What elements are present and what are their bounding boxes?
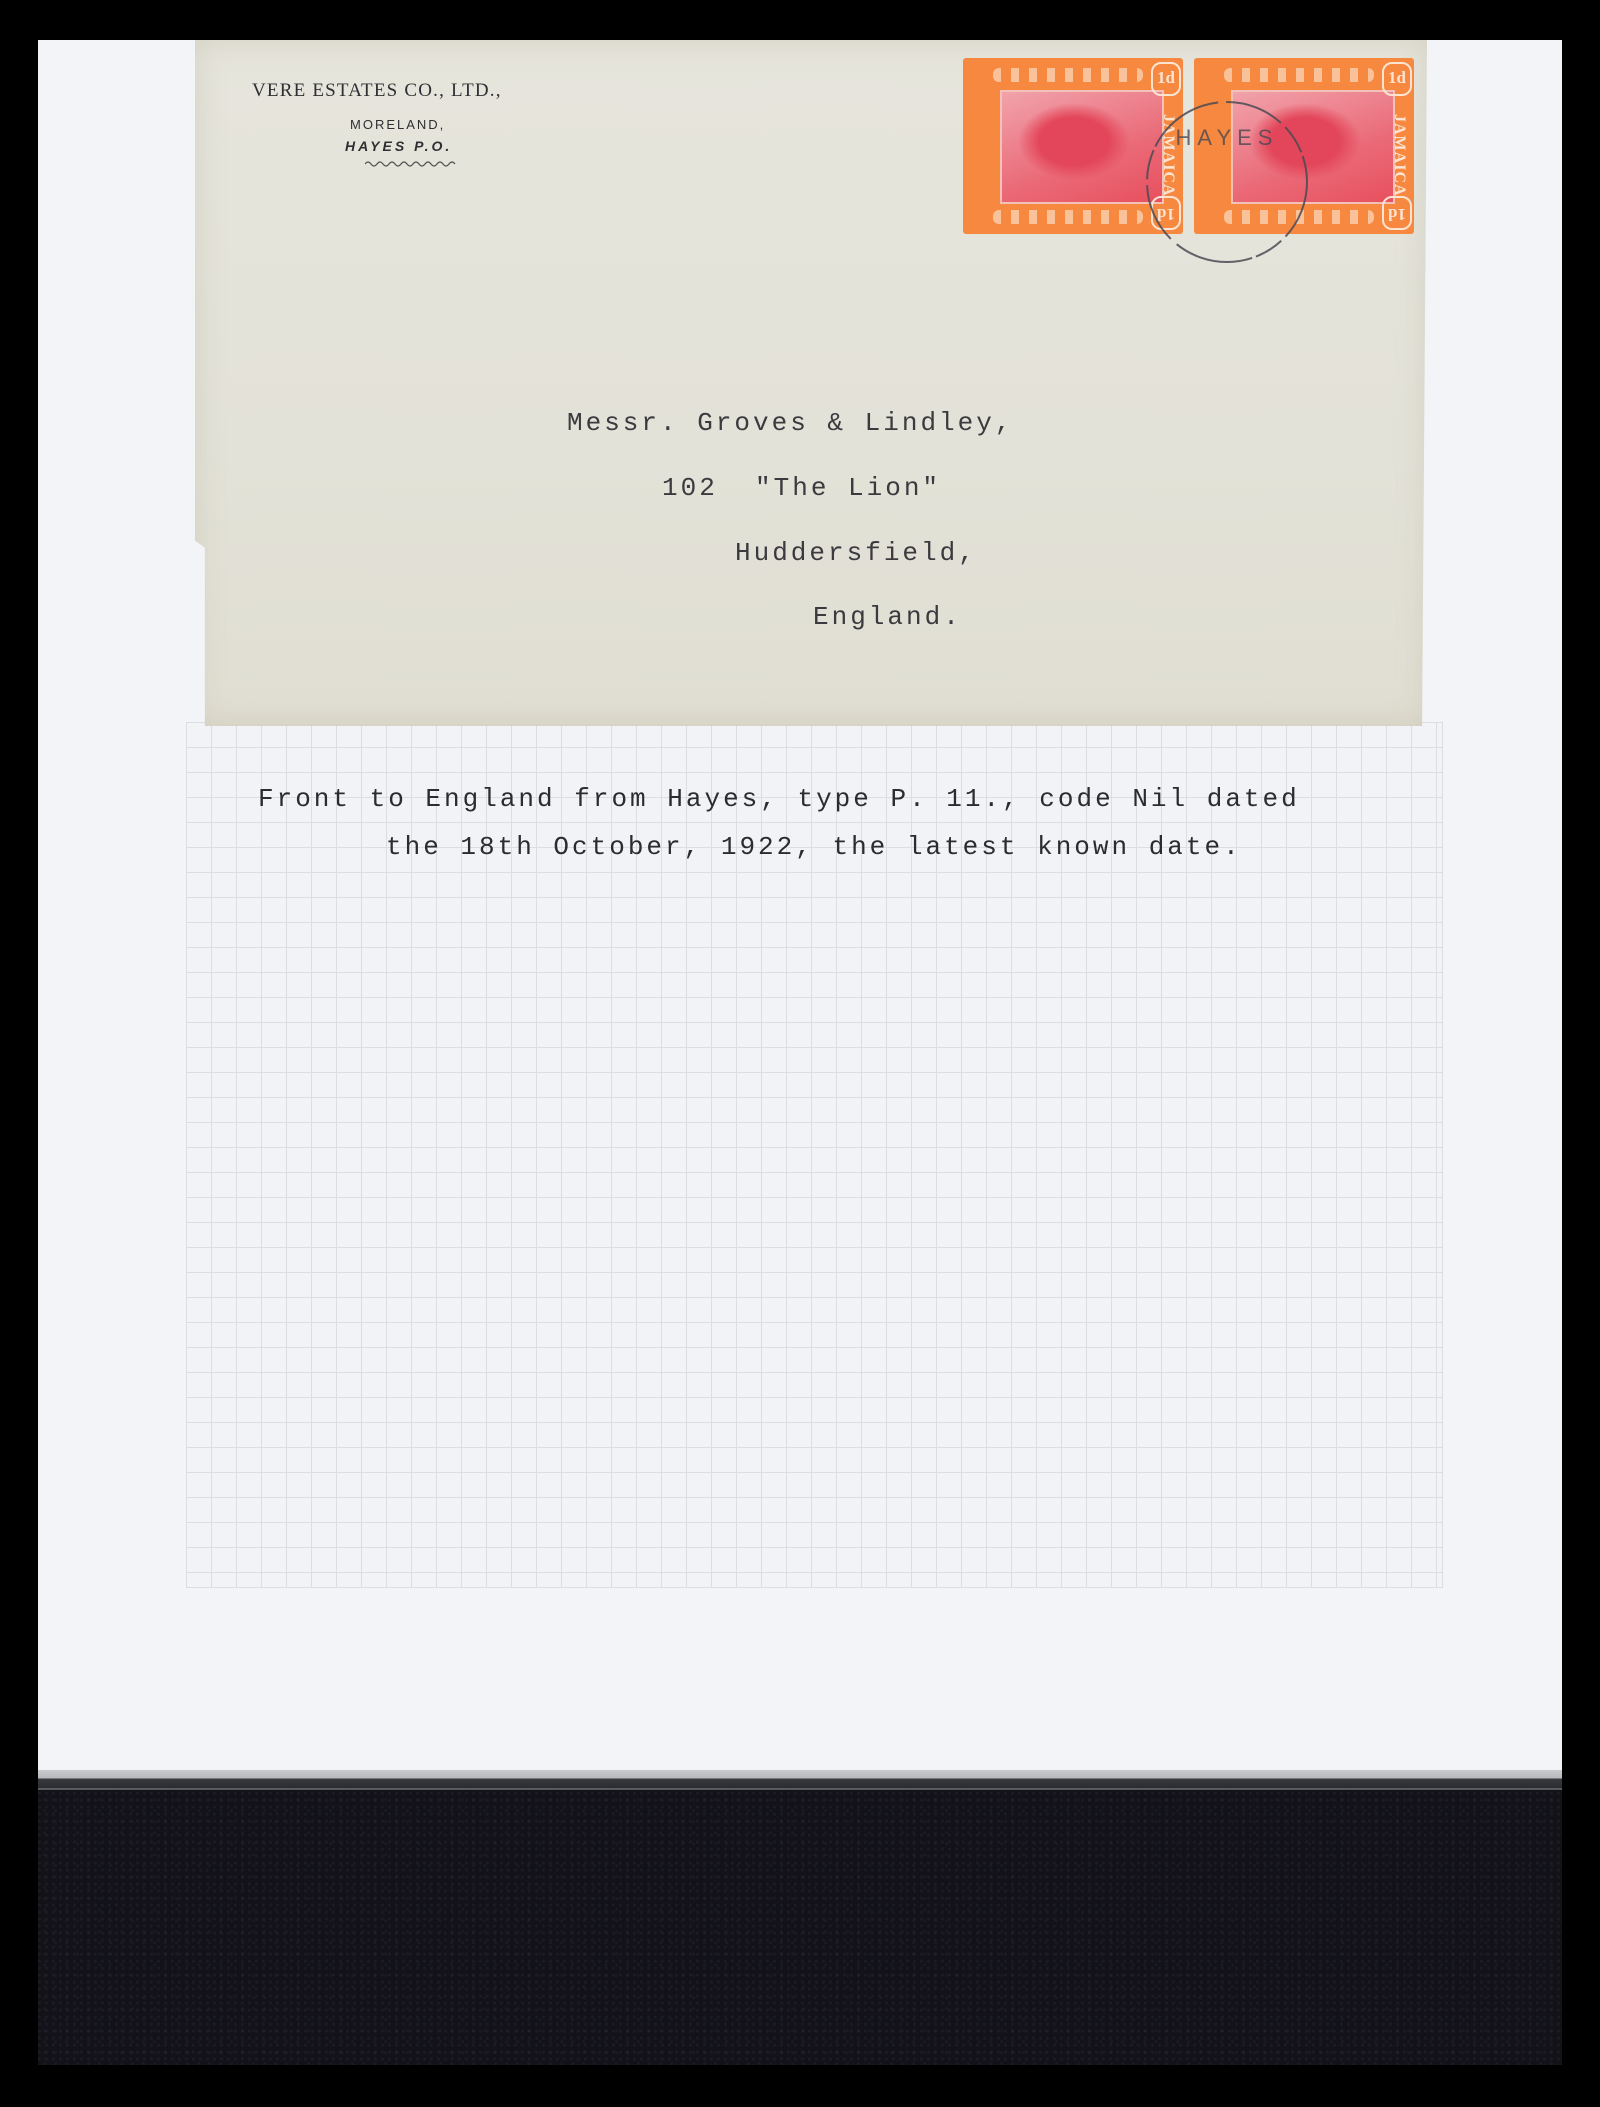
sender-locality: MORELAND, — [350, 117, 445, 132]
stamp-value: 1d — [1382, 196, 1412, 230]
address-line-3: Huddersfield, — [735, 538, 977, 568]
caption-line-1: Front to England from Hayes, type P. 11.… — [258, 784, 1300, 814]
postmark-cancellation: HAYES — [1140, 95, 1315, 270]
caption-line-2: the 18th October, 1922, the latest known… — [386, 832, 1242, 862]
page-bottom-edge — [38, 1770, 1562, 1790]
postmark-town: HAYES — [1176, 125, 1279, 150]
address-line-4: England. — [813, 602, 962, 632]
address-line-2: 102 "The Lion" — [662, 473, 941, 503]
address-line-1: Messr. Groves & Lindley, — [567, 408, 1013, 438]
stamp-ornament — [993, 210, 1143, 224]
dark-background-cloth — [38, 1770, 1562, 2065]
decorative-wave-underline — [365, 160, 457, 168]
stamp-value: 1d — [1151, 62, 1181, 96]
sender-name: VERE ESTATES CO., LTD., — [252, 80, 502, 102]
stamp-ornament — [993, 68, 1143, 82]
stamp-country: JAMAICA — [1388, 100, 1408, 210]
sender-post-office: HAYES P.O. — [345, 138, 452, 154]
stamp-ornament — [1224, 68, 1374, 82]
stamp-value: 1d — [1382, 62, 1412, 96]
